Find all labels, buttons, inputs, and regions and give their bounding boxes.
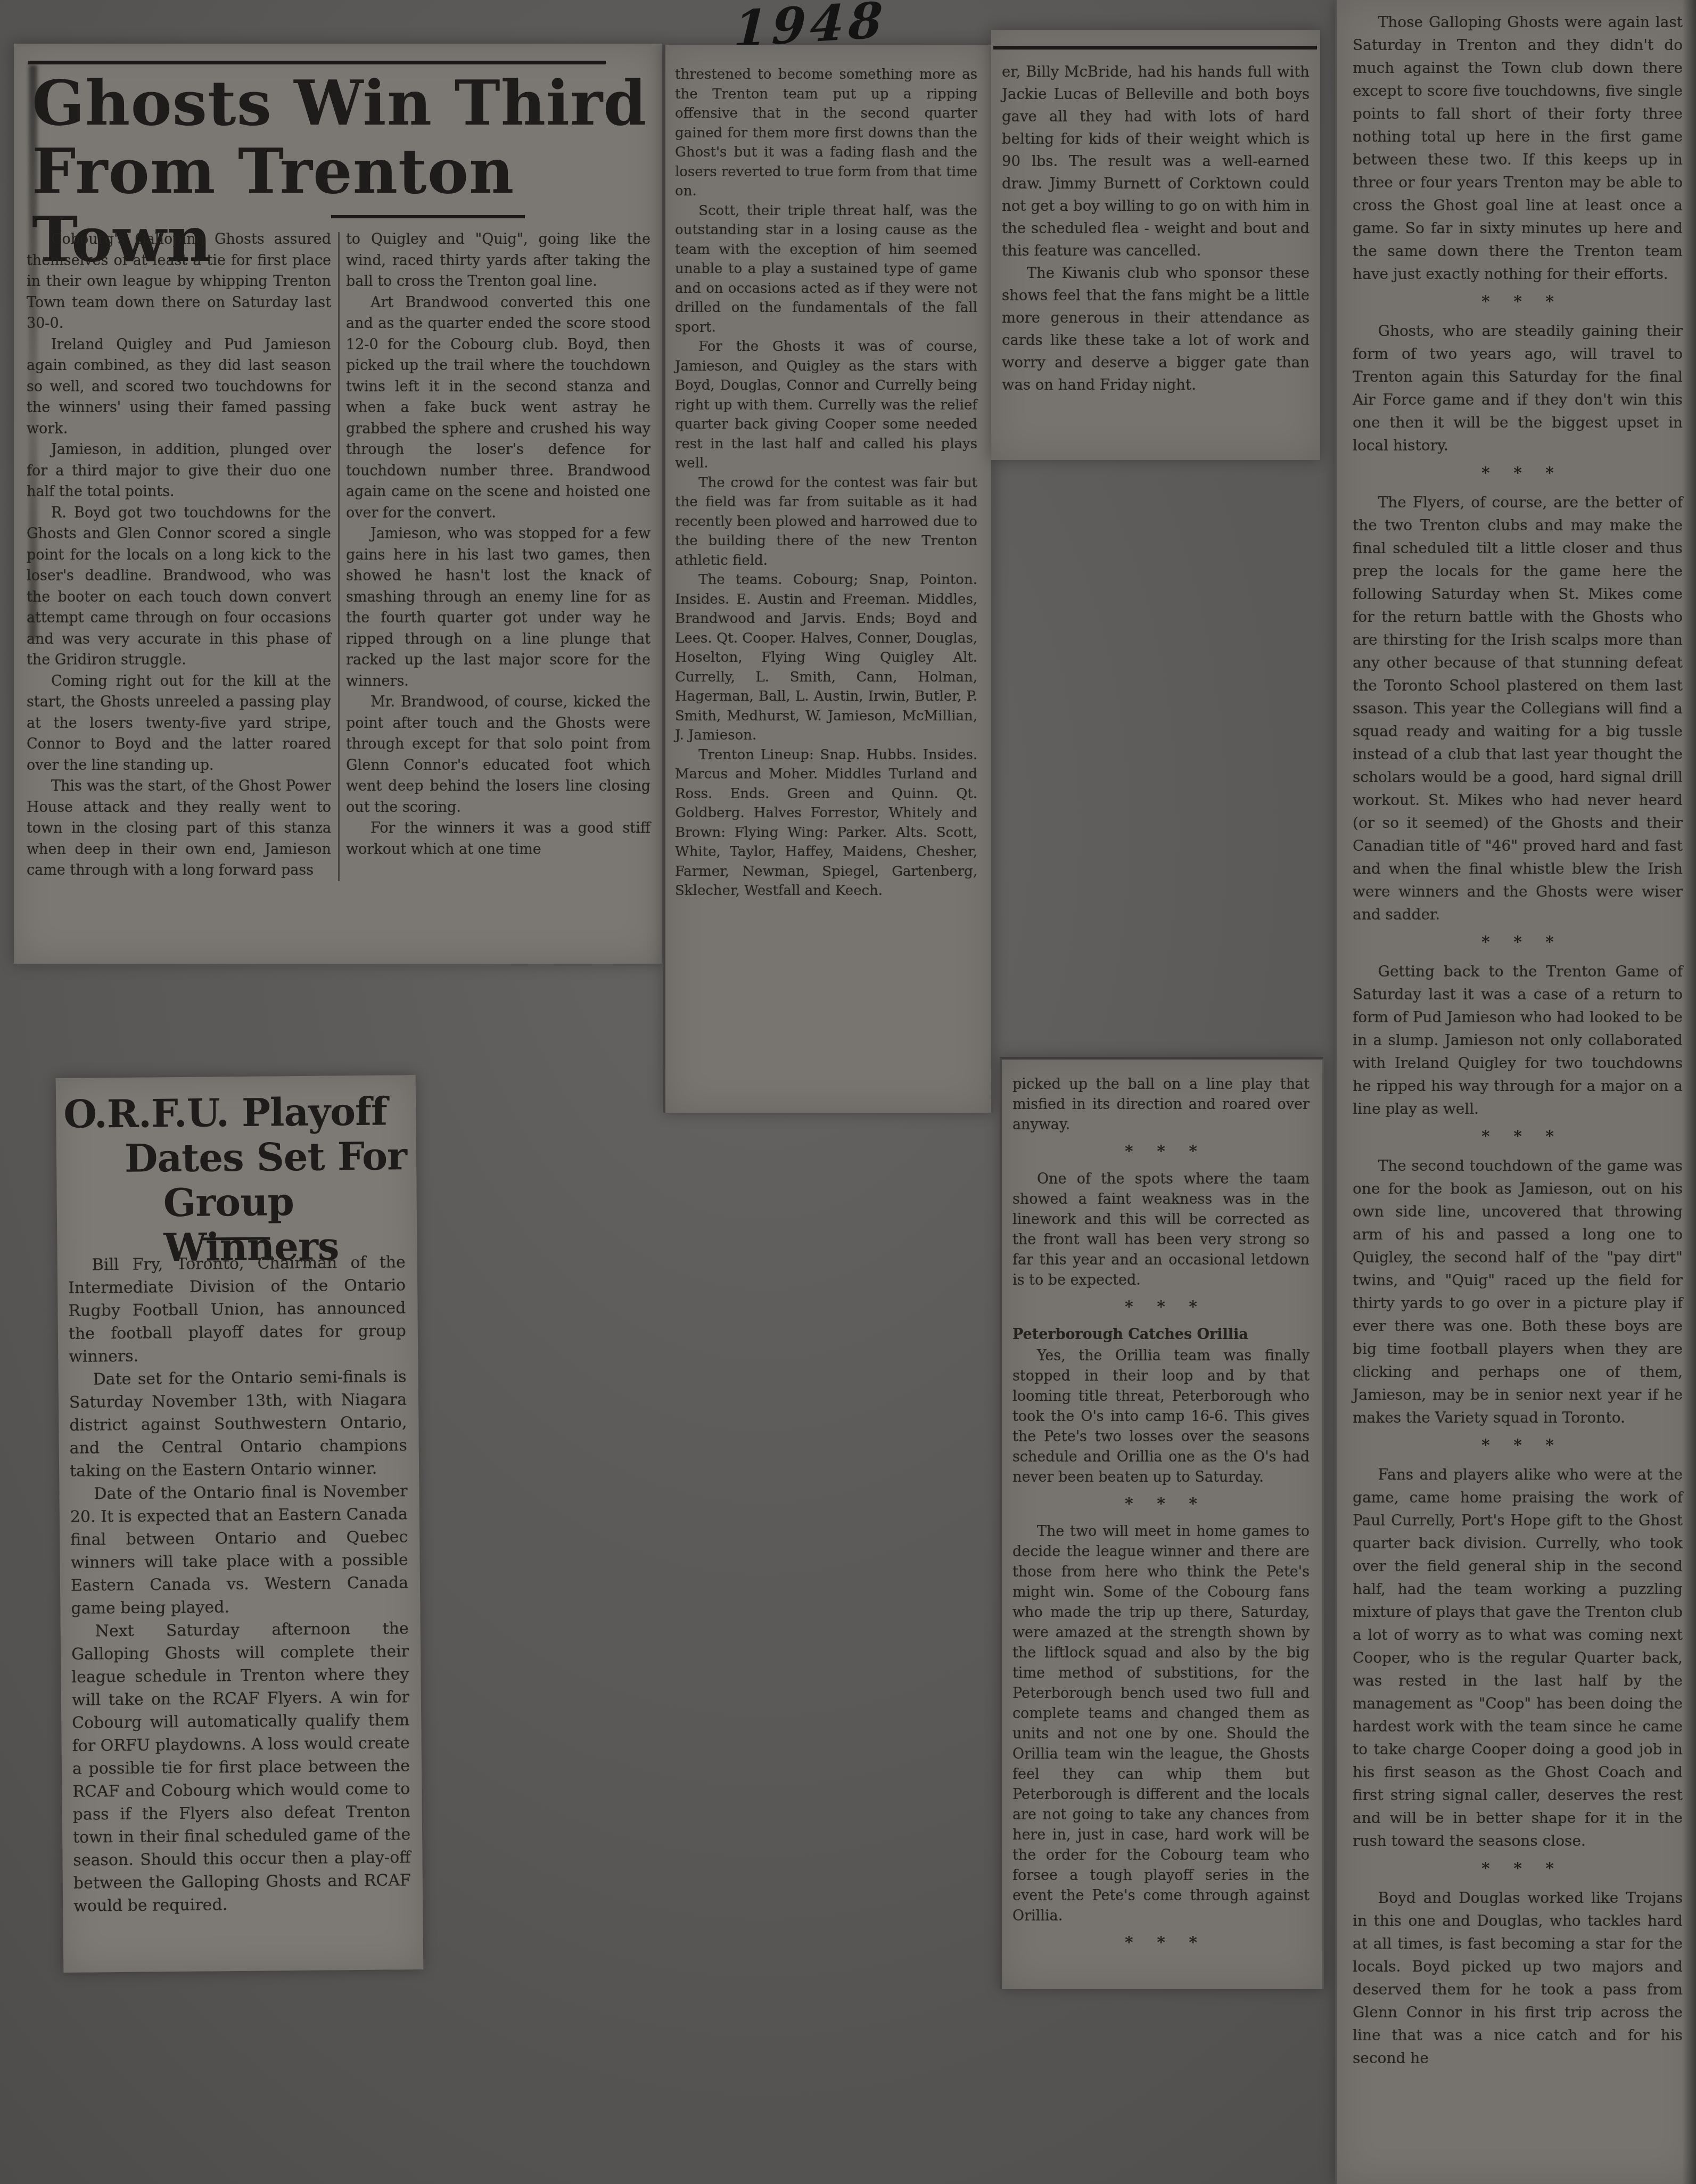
paragraph: Date set for the Ontario semi-finals is …	[69, 1365, 407, 1483]
section-separator: * * *	[1012, 1495, 1310, 1513]
horizontal-rule	[28, 61, 606, 64]
section-separator: * * *	[1012, 1143, 1310, 1161]
headline-line: Dates Set For	[125, 1134, 417, 1181]
sports-column-right-text: Those Galloping Ghosts were again last S…	[1353, 11, 1683, 2070]
paragraph: threstened to become something more as t…	[675, 65, 977, 201]
paragraph: The Kiwanis club who sponsor these shows…	[1002, 262, 1310, 396]
article-ghosts-win-clipping: Ghosts Win Third From Trenton Town Cobou…	[14, 44, 662, 964]
horizontal-rule	[993, 46, 1317, 50]
article-column-2: to Quigley and "Quig", going like the wi…	[346, 229, 651, 881]
paragraph: Ghosts, who are steadily gaining their f…	[1353, 319, 1683, 457]
paragraph: Fans and players alike who were at the g…	[1353, 1463, 1683, 1852]
paragraph: Coming right out for the kill at the sta…	[27, 671, 331, 776]
orfu-headline: O.R.F.U. Playoff Dates Set For Group Win…	[56, 1089, 417, 1271]
paragraph: R. Boyd got two touchdowns for the Ghost…	[27, 503, 331, 671]
headline-divider	[331, 215, 525, 218]
article-column-3-clipping: threstened to become something more as t…	[663, 45, 993, 1113]
sports-column-mid-clipping: picked up the ball on a line play that m…	[1000, 1057, 1324, 1989]
paragraph: er, Billy McBride, had his hands full wi…	[1002, 61, 1310, 262]
paragraph: Scott, their triple threat half, was the…	[675, 201, 977, 338]
paragraph: Bill Fry, Toronto, Chairman of the Inter…	[68, 1251, 407, 1368]
paragraph: The teams. Cobourg; Snap, Pointon. Insid…	[675, 570, 977, 745]
sports-column-right-clipping: Those Galloping Ghosts were again last S…	[1335, 0, 1696, 2184]
orfu-article-clipping: O.R.F.U. Playoff Dates Set For Group Win…	[56, 1075, 424, 1973]
section-separator: * * *	[1353, 1436, 1683, 1455]
sports-column-mid-text: picked up the ball on a line play that m…	[1012, 1074, 1310, 1960]
vertical-rule	[338, 232, 340, 881]
orfu-article-text: Bill Fry, Toronto, Chairman of the Inter…	[68, 1251, 411, 1917]
paragraph: Those Galloping Ghosts were again last S…	[1353, 11, 1683, 285]
section-separator: * * *	[1353, 293, 1683, 311]
paragraph: Trenton Lineup: Snap. Hubbs. Insides. Ma…	[675, 745, 977, 901]
paragraph: Ireland Quigley and Pud Jamieson again c…	[27, 334, 331, 440]
paragraph: The second touchdown of the game was one…	[1353, 1154, 1683, 1429]
paragraph: to Quigley and "Quig", going like the wi…	[346, 229, 651, 292]
section-separator: * * *	[1353, 933, 1683, 951]
subheading: Peterborough Catches Orillia	[1012, 1325, 1310, 1345]
boxing-article-text: er, Billy McBride, had his hands full wi…	[1002, 61, 1310, 396]
paragraph: This was the start, of the Ghost Power H…	[27, 776, 331, 881]
paragraph: Jamieson, who was stopped for a few gain…	[346, 523, 651, 692]
section-separator: * * *	[1012, 1298, 1310, 1316]
paragraph: Jamieson, in addition, plunged over for …	[27, 439, 331, 503]
article-column-3: threstened to become something more as t…	[675, 65, 977, 901]
paragraph: One of the spots where the taam showed a…	[1012, 1169, 1310, 1291]
section-separator: * * *	[1353, 1128, 1683, 1146]
paragraph: Art Brandwood converted this one and as …	[346, 292, 651, 524]
paragraph: Cobourg's Galloping Ghosts assured thems…	[27, 229, 331, 334]
headline-line: Ghosts Win Third	[32, 69, 662, 137]
paragraph: Mr. Brandwood, of course, kicked the poi…	[346, 692, 651, 818]
paragraph: The crowd for the contest was fair but t…	[675, 473, 977, 571]
headline-line: O.R.F.U. Playoff	[63, 1089, 416, 1137]
section-separator: * * *	[1012, 1934, 1310, 1952]
paragraph: Yes, the Orillia team was finally stoppe…	[1012, 1346, 1310, 1488]
paragraph: For the winners it was a good stiff work…	[346, 818, 651, 860]
paragraph: The two will meet in home games to decid…	[1012, 1522, 1310, 1926]
article-column-1: Cobourg's Galloping Ghosts assured thems…	[27, 229, 331, 881]
paragraph: For the Ghosts it was of course, Jamieso…	[675, 337, 977, 473]
paragraph: Date of the Ontario final is November 20…	[70, 1480, 408, 1620]
paragraph: picked up the ball on a line play that m…	[1012, 1074, 1310, 1135]
paragraph: Next Saturday afternoon the Galloping Gh…	[71, 1617, 411, 1918]
boxing-article-fragment-clipping: er, Billy McBride, had his hands full wi…	[991, 30, 1320, 460]
section-separator: * * *	[1353, 464, 1683, 482]
paragraph: Getting back to the Trenton Game of Satu…	[1353, 960, 1683, 1120]
paragraph: The Flyers, of course, are the better of…	[1353, 491, 1683, 926]
scrapbook-page: 1948 Ghosts Win Third From Trenton Town …	[0, 0, 1696, 2184]
article-body: Cobourg's Galloping Ghosts assured thems…	[27, 229, 651, 881]
section-separator: * * *	[1353, 1860, 1683, 1878]
paragraph: Boyd and Douglas worked like Trojans in …	[1353, 1886, 1683, 2070]
